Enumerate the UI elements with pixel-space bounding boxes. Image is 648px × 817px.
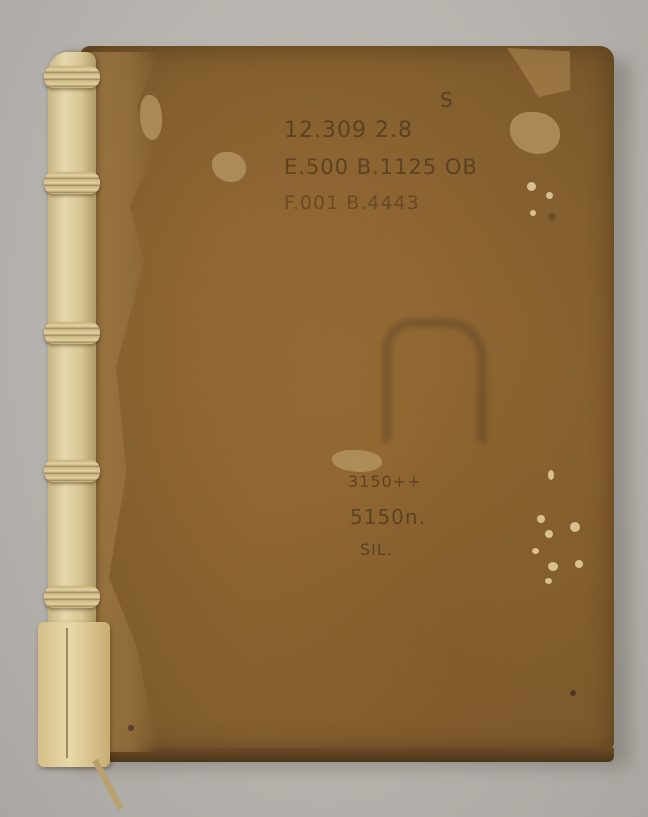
inscription-line-1: 12.309 2.8 bbox=[284, 118, 413, 143]
paper-spot bbox=[545, 530, 553, 538]
spine-cord-band bbox=[44, 172, 100, 194]
faded-stamp-mark bbox=[382, 318, 487, 448]
paper-spot bbox=[537, 515, 545, 523]
dark-stain bbox=[128, 725, 134, 731]
inscription-line-3: F.001 B.4443 bbox=[284, 192, 420, 214]
paper-spot bbox=[548, 562, 558, 571]
spine-cord-band bbox=[44, 460, 100, 482]
paper-spot bbox=[548, 470, 554, 480]
spine-cord-band bbox=[44, 322, 100, 344]
inscription-middle-3: SIL. bbox=[360, 540, 393, 559]
spine-bottom-cap bbox=[38, 622, 110, 767]
inscription-middle-1: 3150++ bbox=[348, 472, 422, 491]
inscription-line-2: E.500 B.1125 OB bbox=[284, 155, 478, 179]
paper-spot bbox=[532, 548, 539, 554]
paper-spot bbox=[530, 210, 536, 216]
paper-spot bbox=[575, 560, 583, 568]
paper-spot bbox=[570, 522, 580, 532]
worn-patch bbox=[140, 95, 162, 140]
dark-stain bbox=[548, 213, 556, 221]
dark-stain bbox=[570, 690, 576, 696]
spine-cord-band bbox=[44, 586, 100, 608]
paper-spot bbox=[545, 578, 552, 584]
paper-spot bbox=[546, 192, 553, 199]
spine-cord-band bbox=[44, 66, 100, 88]
paper-spot bbox=[527, 182, 536, 191]
inscription-middle-2: 5150n. bbox=[350, 505, 426, 529]
inscription-top-s: S bbox=[440, 88, 454, 112]
